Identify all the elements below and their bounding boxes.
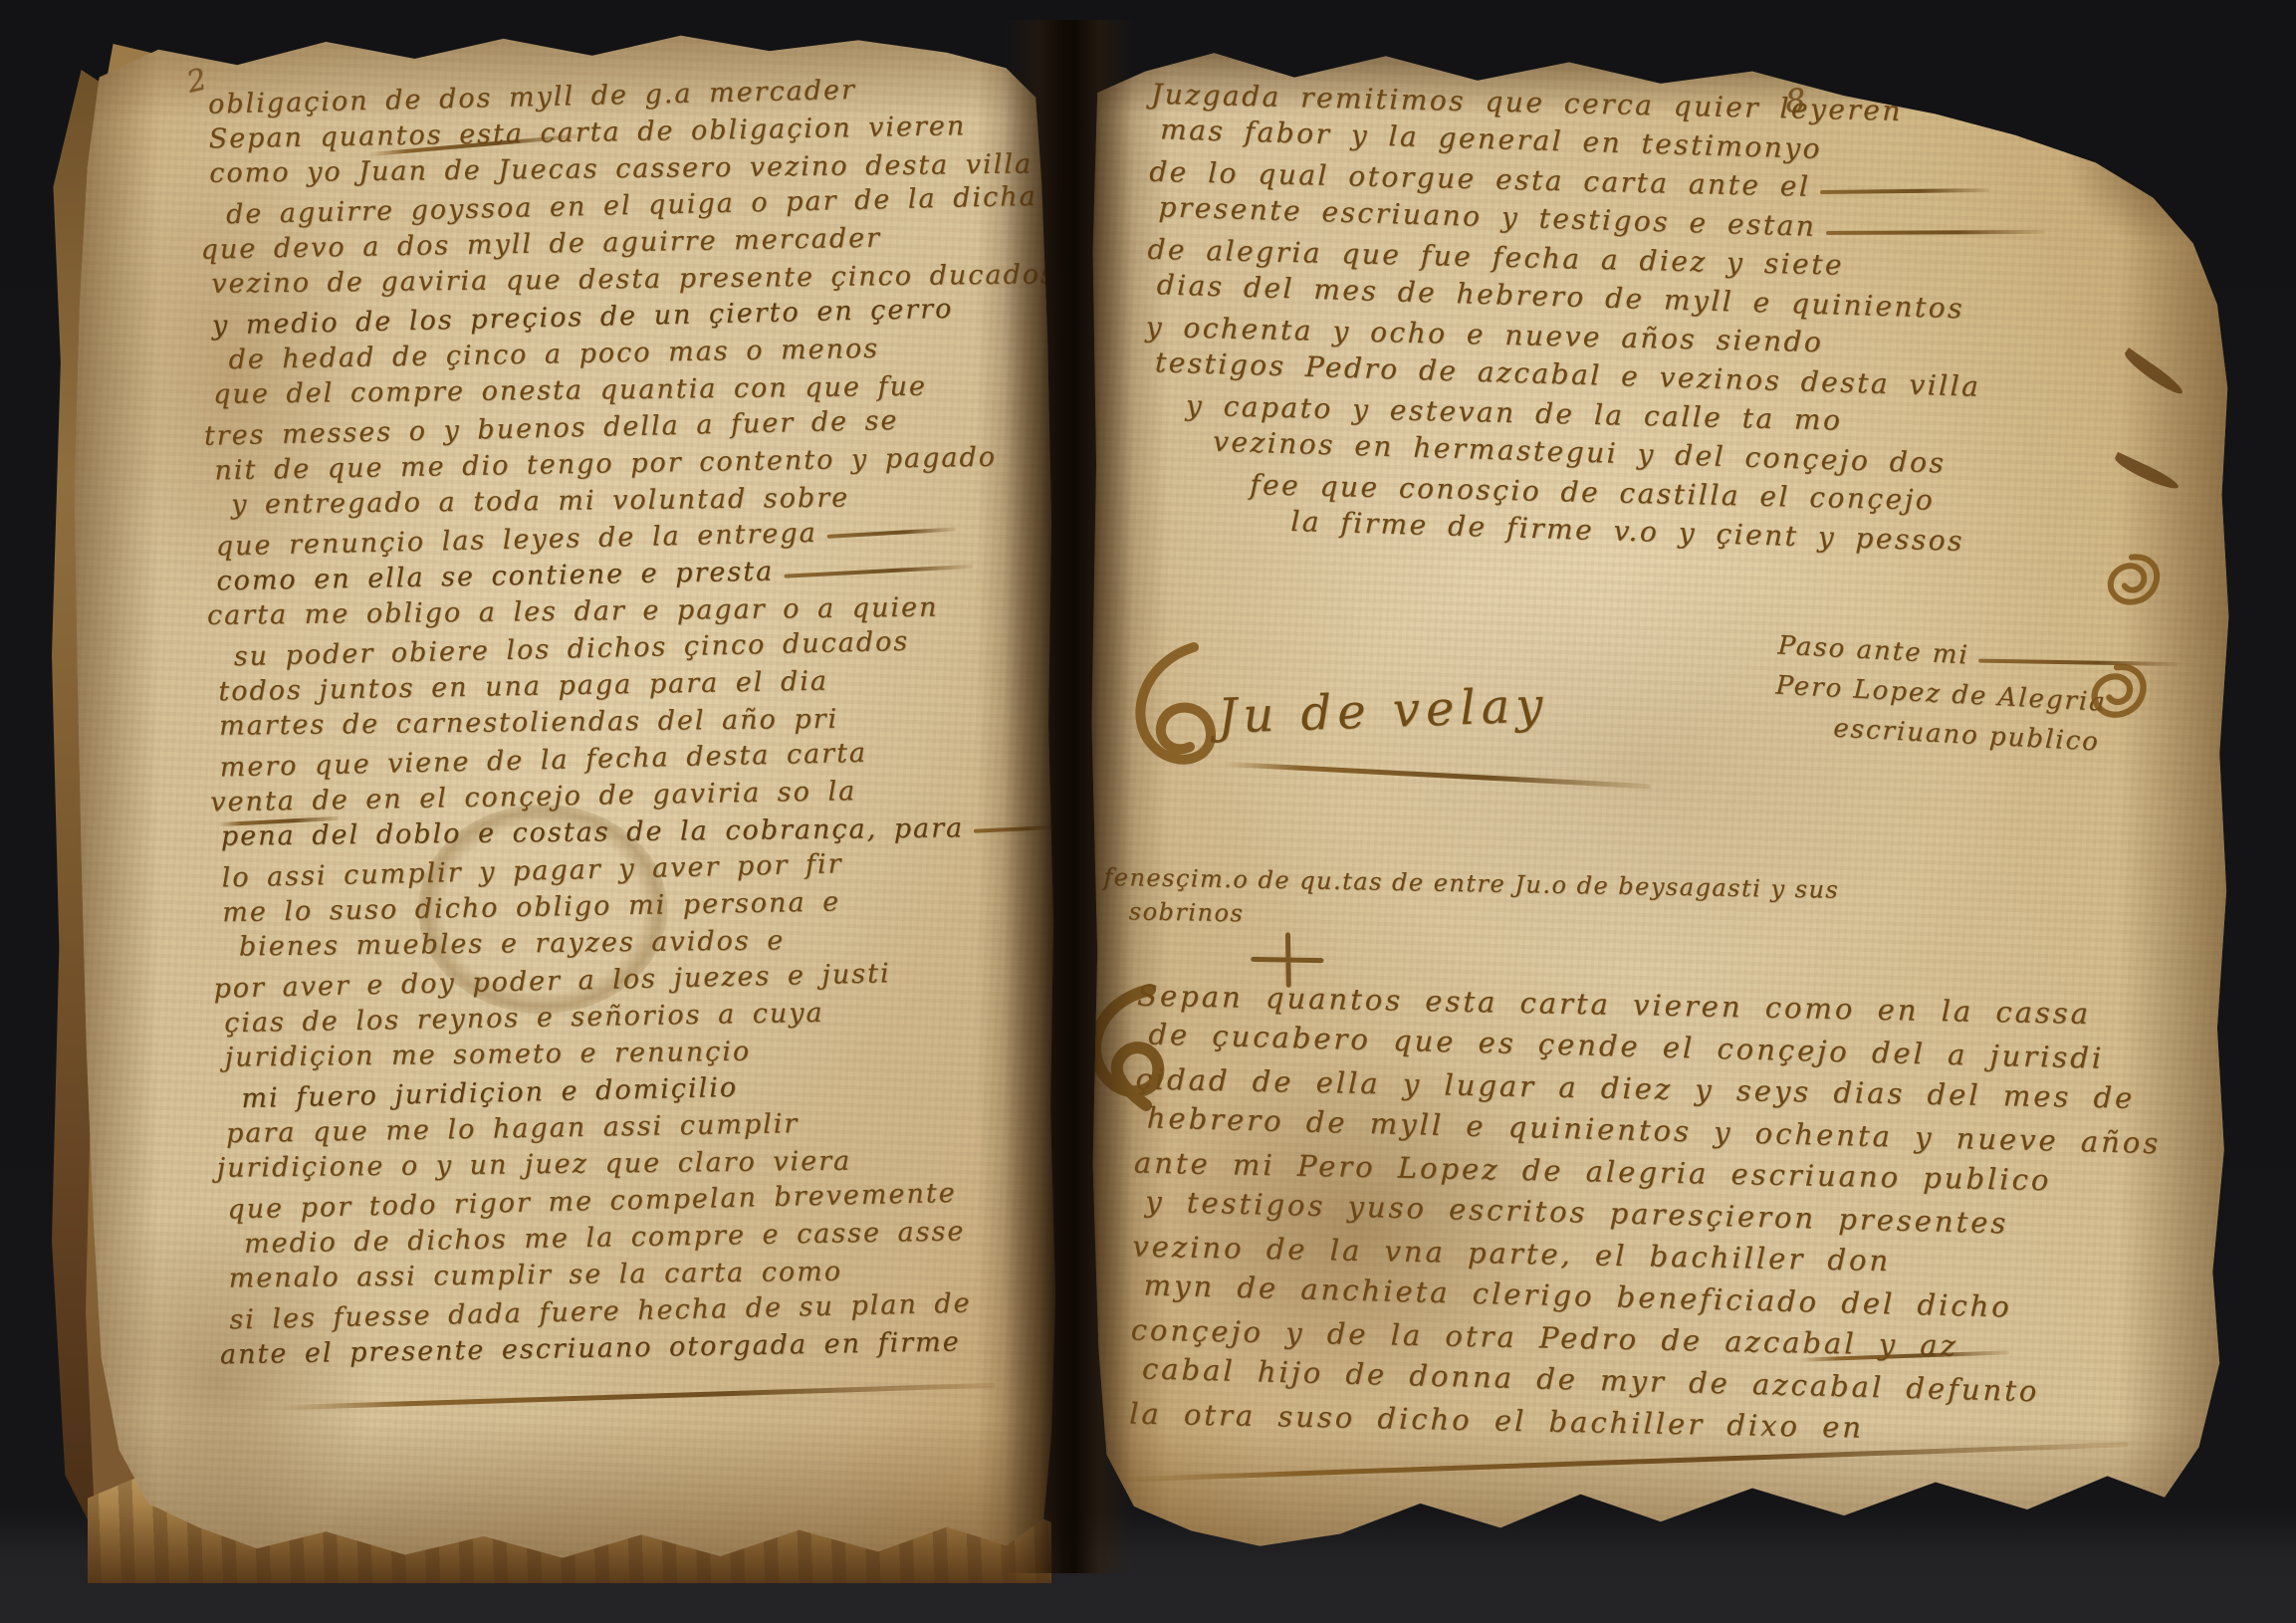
entry2-text: Sepan quantos esta carta vieren como en … [1129,979,2223,1460]
section-note: fenesçim.o de qu.tas de entre Ju.o de be… [1102,863,1800,943]
left-page-text: obligaçion de dos myll de g.a mercader S… [208,73,1066,1376]
marginal-mark: 2 [183,62,210,101]
folio-number: 8 [1783,81,1807,120]
signature-ju-de-velay: Ju de velay [1217,677,1549,745]
signature-swash [1223,762,1651,789]
closing-underline-flourish [279,1383,996,1411]
closing-underline-flourish [1113,1442,2129,1483]
manuscript-book: 2 obligaçion de dos myll de g.a mercader… [0,0,2296,1623]
right-page: 8 Juzgada remitimos que cerca quier leye… [1088,38,2233,1561]
flourish-stroke [1826,229,2045,234]
scan-background: 2 obligaçion de dos myll de g.a mercader… [0,0,2296,1623]
rubric-knot [2079,657,2155,737]
left-page: 2 obligaçion de dos myll de g.a mercader… [70,28,1055,1573]
header-text: obligaçion de dos myll de g.a mercader [208,75,857,120]
rubric-knot [2096,548,2168,623]
flourish-stroke [784,564,973,578]
signature-rubric-loop [1106,635,1236,799]
flourish-stroke [827,527,957,538]
flourish-stroke [974,824,1063,832]
cross-mark [1248,929,1327,993]
paragraph-rubric [1070,982,1180,1125]
entry1-text: Juzgada remitimos que cerca quier leyere… [1141,78,2226,568]
flourish-stroke [1820,187,1989,193]
